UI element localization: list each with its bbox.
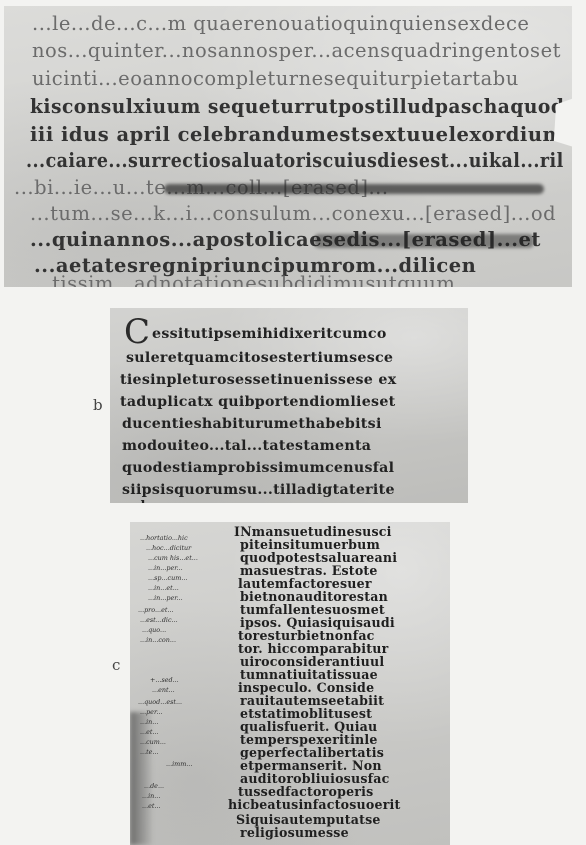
gloss-line: ...et...: [140, 728, 159, 736]
manuscript-fragment-b: C essitutipsemihidixeritcumco suleretqua…: [110, 308, 468, 503]
decorated-initial: C: [124, 312, 150, 352]
gloss-line: ...cum his...et...: [148, 554, 198, 562]
gloss-line: ...pro...et...: [138, 606, 174, 614]
text-line: suleretquamcitosestertiumsesce: [126, 350, 393, 366]
erasure-mark: [314, 234, 534, 248]
gloss-line: ...in...: [142, 792, 160, 800]
gloss-line: ...te...: [140, 748, 159, 756]
gloss-line: ...imm...: [166, 760, 192, 768]
gloss-line: ...quod...est...: [138, 698, 182, 706]
gloss-line: ...hortatio...hic: [140, 534, 188, 542]
text-line: uale: [122, 499, 154, 503]
gloss-line: ...hoc...dicitur: [146, 544, 191, 552]
gloss-line: ...in...con...: [140, 636, 176, 644]
gloss-line: ...de...: [144, 782, 164, 790]
text-line: siipsisquorumsu...tilladigtaterite: [122, 482, 395, 498]
text-line: ...tum...se...k...i...consulum...conexu.…: [30, 202, 556, 225]
text-line: nos...quinter...nosannosper...acensquadr…: [32, 39, 561, 62]
text-line: ...tissim...adnotationesubdidimusutquum: [32, 272, 455, 287]
manuscript-fragment-a: ...le...de...c...m quaerenouatioquinquie…: [4, 6, 572, 287]
erasure-mark: [164, 184, 544, 194]
panel-label-b: b: [93, 396, 103, 414]
gloss-line: ...ent...: [152, 686, 175, 694]
text-line: ...le...de...c...m quaerenouatioquinquie…: [32, 12, 529, 35]
text-line: modouiteo...tal...tatestamenta: [122, 438, 371, 454]
gloss-line: ...in...: [140, 718, 158, 726]
text-line: tiesinpleturosessetinuenissese ex: [120, 372, 396, 388]
text-line: ...caiare...surrectiosaluatoriscuiusdies…: [26, 149, 564, 172]
gloss-line: ...in...per...: [148, 564, 183, 572]
gloss-line: ...in...et...: [148, 584, 179, 592]
text-line: hicbeatusinfactosuoerit: [228, 797, 401, 812]
gloss-line: ...per...: [140, 708, 162, 716]
manuscript-fragment-c: ...hortatio...hic ...hoc...dicitur ...cu…: [130, 522, 450, 845]
text-line: essitutipsemihidixeritcumco: [152, 326, 387, 342]
text-line: uicinti...eoannocompleturnesequiturpieta…: [32, 67, 519, 90]
gloss-line: ...in...per...: [148, 594, 183, 602]
text-line: kisconsulxiuum sequeturrutpostilludpasch…: [30, 95, 564, 118]
panel-label-c: c: [112, 656, 120, 674]
gloss-line: ...est...dic...: [140, 616, 178, 624]
text-line: taduplicatx quibportendiomlieset: [120, 394, 396, 410]
text-line: iii idus april celebrandumestsextuuelexo…: [30, 123, 564, 146]
gloss-line: ...et...: [142, 802, 161, 810]
gloss-line: ...cum...: [140, 738, 166, 746]
gloss-line: ...quo...: [142, 626, 166, 634]
text-line: religiosumesse: [240, 825, 349, 840]
text-line: ducentieshabiturumethabebitsi: [122, 416, 382, 432]
gloss-line: ...sp...cum...: [148, 574, 187, 582]
text-line: quodestiamprobissimumcenusfal: [122, 460, 394, 476]
gloss-line: +...sed...: [150, 676, 179, 684]
